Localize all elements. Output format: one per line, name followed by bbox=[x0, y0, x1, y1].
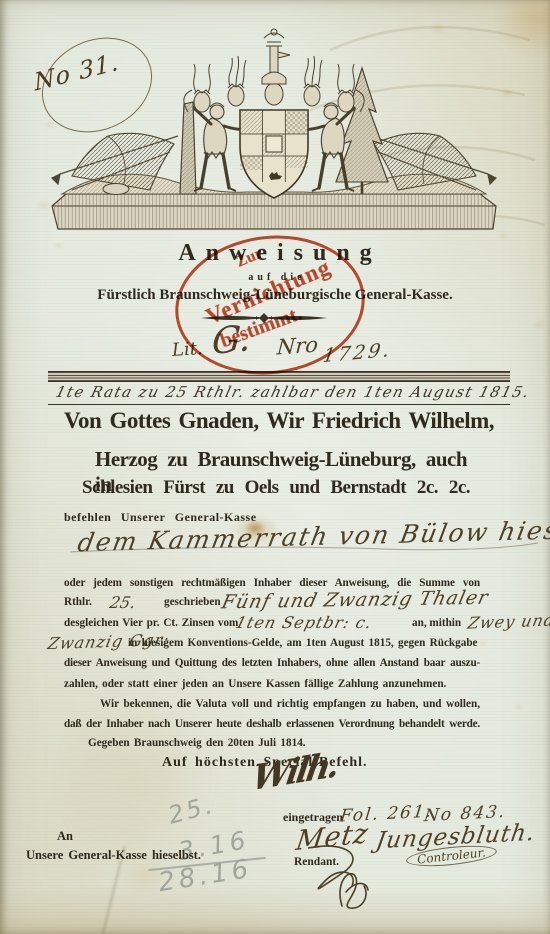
rata-box: 1te Rata zu 25 Rthlr. zahlbar den 1ten A… bbox=[48, 371, 510, 405]
order-intro: befehlen Unserer General-Kasse bbox=[64, 510, 257, 525]
pencil-amount-1: 25. bbox=[165, 790, 218, 829]
royal-signature: Wilh. bbox=[249, 745, 340, 800]
stain bbox=[514, 704, 523, 711]
body-line-9: Gegeben Braunschweig den 20ten Juli 1814… bbox=[88, 737, 306, 749]
address-general-kasse: Unsere General-Kasse hieselbst. bbox=[26, 848, 201, 863]
proclamation-line-1: Von Gottes Gnaden, Wir Friedrich Wilhelm… bbox=[64, 408, 494, 434]
address-an: An bbox=[57, 829, 73, 844]
engraved-band bbox=[48, 372, 510, 382]
amount-figures: 25. bbox=[108, 593, 137, 612]
body-line-4: Zwanzig Ggr: in hiesigem Konventions-Gel… bbox=[64, 633, 504, 657]
amount-words: Fünf und Zwanzig Thaler bbox=[219, 587, 490, 614]
bottom-foxing-band bbox=[0, 886, 550, 934]
line4-print: in hiesigem Konventions-Gelde, am 1ten A… bbox=[128, 637, 478, 649]
body-line-8: daß der Inhaber nach Unserer heute desha… bbox=[64, 718, 480, 730]
document-page: No 31. bbox=[0, 0, 550, 934]
geschrieben-label: geschrieben bbox=[164, 596, 221, 608]
rthlr-label: Rthlr. bbox=[64, 596, 92, 608]
interest-print-b: an, mithin bbox=[412, 617, 461, 629]
interest-start-date: 1ten Septbr: c. bbox=[234, 613, 375, 632]
interest-print-a: desgleichen Vier pr. Ct. Zinsen vom bbox=[64, 617, 238, 629]
payee-rule bbox=[64, 538, 544, 562]
rata-line-text: 1te Rata zu 25 Rthlr. zahlbar den 1ten A… bbox=[54, 383, 532, 401]
stamp-line-1: Zur bbox=[234, 245, 266, 272]
stain bbox=[532, 320, 546, 330]
paraph-flourish bbox=[330, 862, 376, 912]
body-line-7: Wir bekennen, die Valuta voll und richti… bbox=[100, 698, 480, 710]
coat-of-arms bbox=[50, 24, 498, 238]
interest-amount-hw: Zwey und bbox=[466, 610, 550, 632]
proclamation-line-3: Schlesien Fürst zu Oels und Bernstadt 2c… bbox=[82, 477, 470, 499]
body-line-5: dieser Anweisung und Quittung des letzte… bbox=[64, 657, 480, 669]
body-line-6: zahlen, oder statt einer jeden an Unsere… bbox=[64, 678, 446, 690]
